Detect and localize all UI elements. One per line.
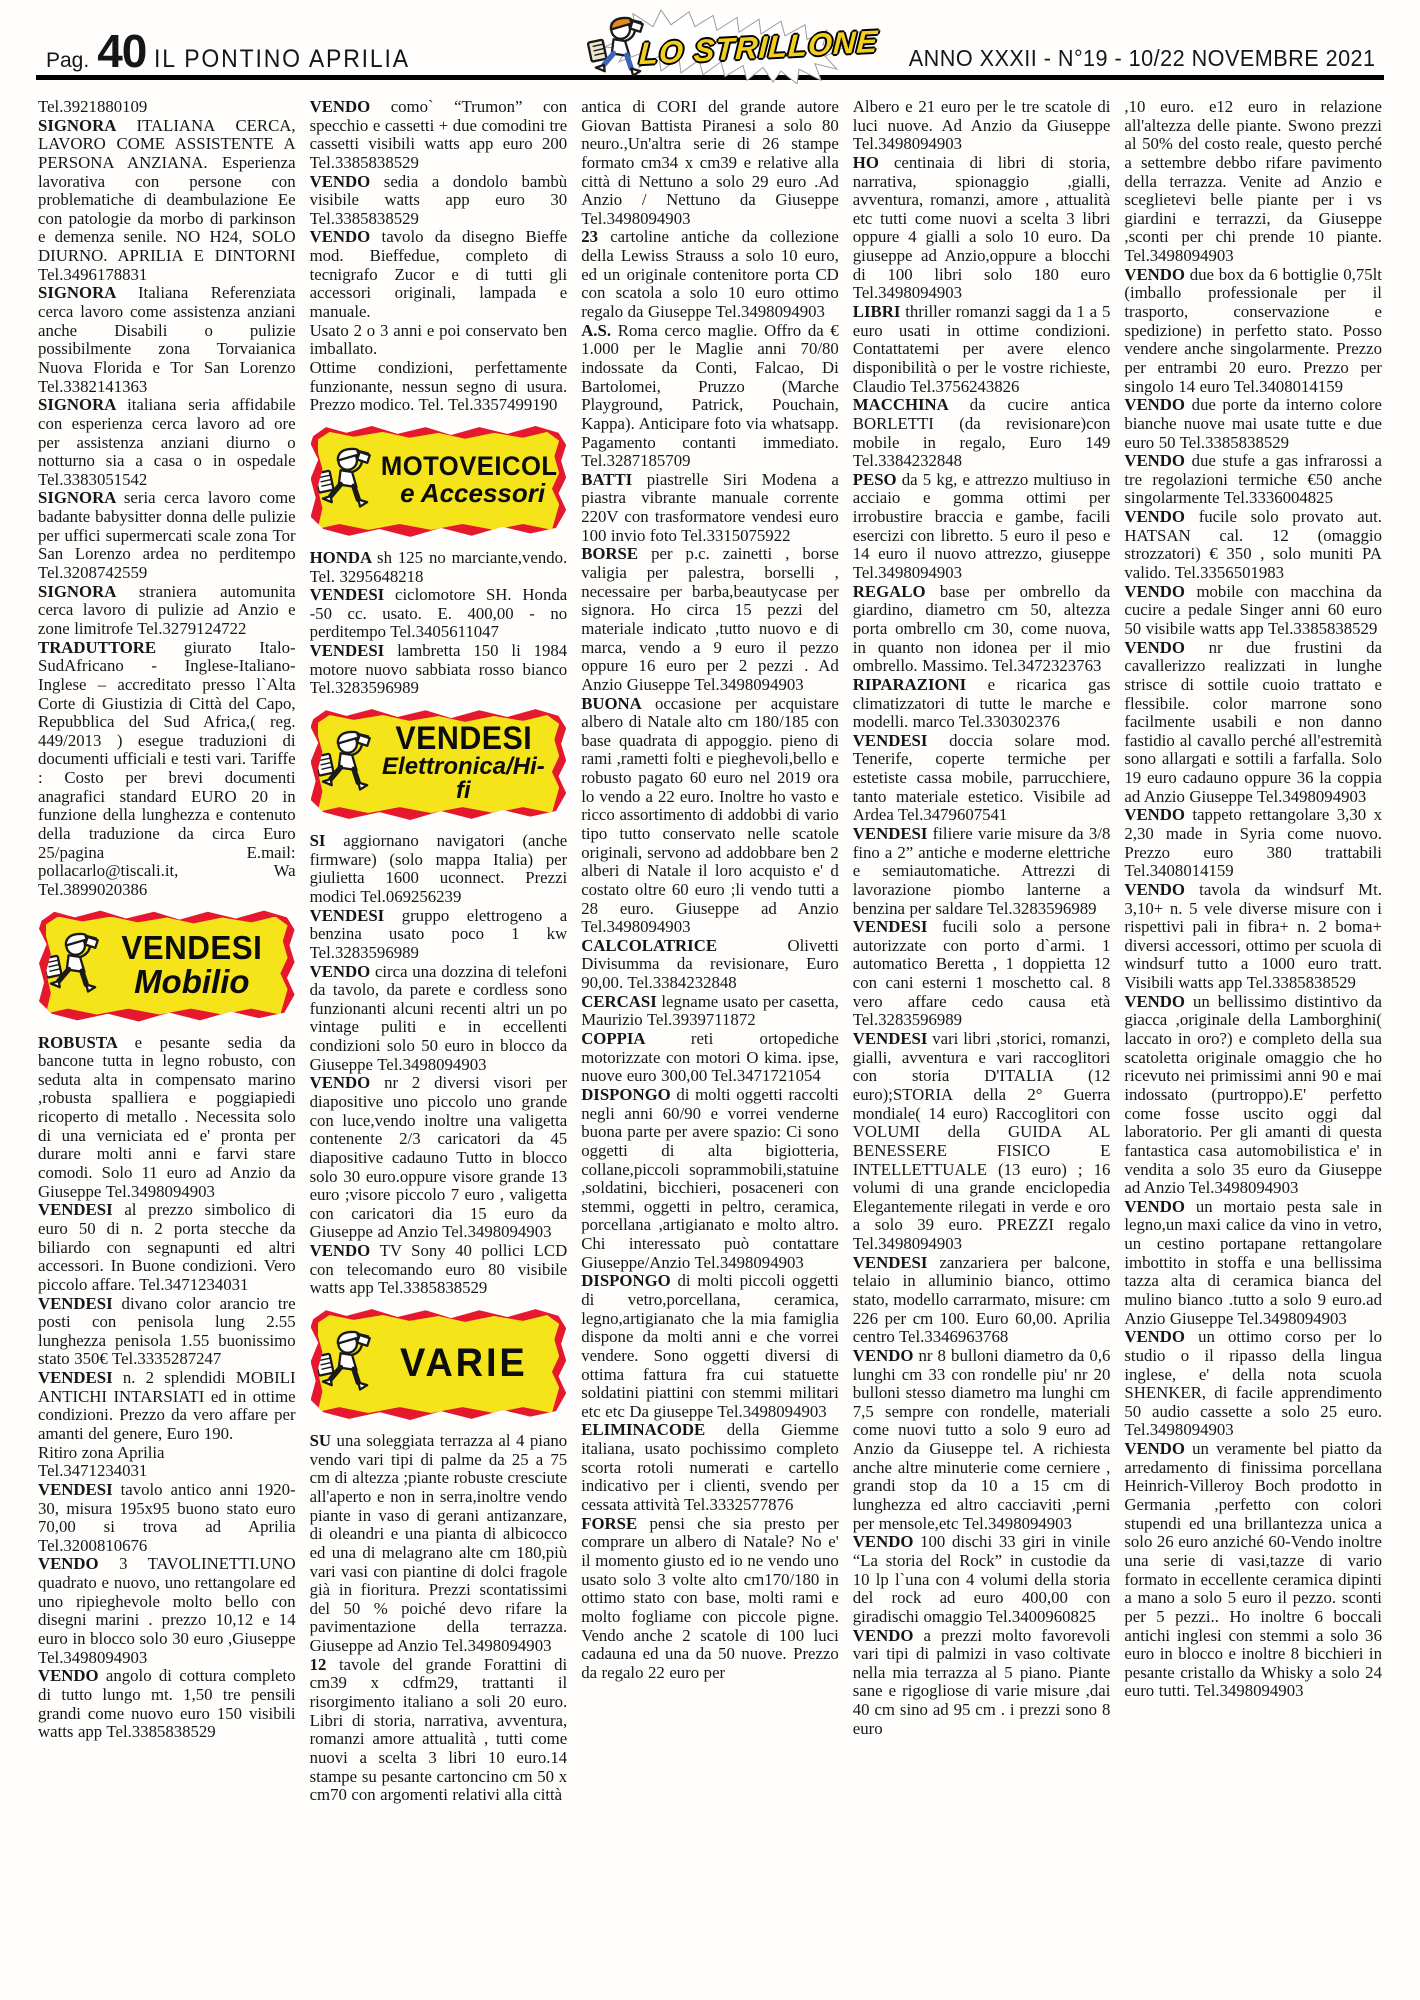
classified-ad: SIGNORA italiana seria affidabile con es… <box>38 396 296 489</box>
page-id-block: Pag. 40 IL PONTINO APRILIA <box>46 33 433 74</box>
ad-lead-word: 12 <box>310 1655 339 1674</box>
ad-lead-word: ELIMINACODE <box>581 1420 727 1439</box>
classified-ad: CALCOLATRICE Olivetti Divisumma da revis… <box>581 937 839 993</box>
classified-ad: Ottime condizioni, perfettamente funzion… <box>310 359 568 415</box>
ad-lead-word: VENDO <box>310 962 375 981</box>
ad-lead-word: VENDESI <box>310 585 395 604</box>
ad-lead-word: VENDO <box>1124 992 1193 1011</box>
classified-ad: VENDESI gruppo elettrogeno a benzina usa… <box>310 907 568 963</box>
classified-ad: REGALO base per ombrello da giardino, di… <box>853 583 1111 676</box>
ad-lead-word: VENDO <box>38 1666 106 1685</box>
classified-ad: MACCHINA da cucire antica BORLETTI (da r… <box>853 396 1111 471</box>
classified-ad: SIGNORA seria cerca lavoro come badante … <box>38 489 296 582</box>
classified-ad: SIGNORA ITALIANA CERCA, LAVORO COME ASSI… <box>38 117 296 285</box>
classified-ad: DISPONGO di molti piccoli oggetti di vet… <box>581 1272 839 1421</box>
ad-lead-word: VENDO <box>1124 1197 1195 1216</box>
classified-ad: VENDO due porte da interno colore bianch… <box>1124 396 1382 452</box>
ad-lead-word: DISPONGO <box>581 1085 676 1104</box>
ad-lead-word: SIGNORA <box>38 488 124 507</box>
classified-ad: VENDO nr 8 bulloni diametro da 0,6 lungh… <box>853 1347 1111 1533</box>
ad-lead-word: VENDO <box>1124 1327 1198 1346</box>
publication-title: IL PONTINO APRILIA <box>154 45 410 74</box>
classified-ad: SIGNORA straniera automunita cerca lavor… <box>38 583 296 639</box>
classified-ad: VENDESI zanzariera per balcone, telaio i… <box>853 1254 1111 1347</box>
classified-ad: VENDO tappeto rettangolare 3,30 x 2,30 m… <box>1124 806 1382 881</box>
ad-lead-word: VENDO <box>1124 638 1208 657</box>
banner-title: MOTOVEICOLI <box>380 453 564 481</box>
classified-ad: VENDESI doccia solare mod. Tenerife, cop… <box>853 732 1111 825</box>
classified-ad: VENDO due box da 6 bottiglie 0,75lt (imb… <box>1124 266 1382 396</box>
classified-ad: VENDO tavolo da disegno Bieffe mod. Bief… <box>310 228 568 321</box>
ad-lead-word: SIGNORA <box>38 395 127 414</box>
classified-ad: ,10 euro. e12 euro in relazione all'alte… <box>1124 98 1382 266</box>
ad-lead-word: VENDO <box>1124 880 1199 899</box>
classified-ad: VENDO nr due frustini da cavallerizzo re… <box>1124 639 1382 807</box>
classified-ad: VENDESI ciclomotore SH. Honda -50 cc. us… <box>310 586 568 642</box>
ad-lead-word: VENDESI <box>853 731 949 750</box>
classified-ad: CERCASI legname usato per casetta, Mauri… <box>581 993 839 1030</box>
ad-lead-word: VENDESI <box>310 641 398 660</box>
classified-ad: VENDO un bellissimo distintivo da giacca… <box>1124 993 1382 1198</box>
newsboy-mascot-icon <box>42 930 104 1000</box>
ad-lead-word: SIGNORA <box>38 116 136 135</box>
ad-lead-word: VENDESI <box>38 1200 124 1219</box>
classified-ad: VENDO 3 TAVOLINETTI.UNO quadrato e nuovo… <box>38 1555 296 1667</box>
classified-ad: VENDO un veramente bel piatto da arredam… <box>1124 1440 1382 1701</box>
newsboy-mascot-icon <box>314 445 376 515</box>
classified-ad: antica di CORI del grande autore Giovan … <box>581 98 839 228</box>
ad-lead-word: RIPARAZIONI <box>853 675 988 694</box>
ad-lead-word: VENDO <box>310 1073 384 1092</box>
section-banner-motoveicoli: MOTOVEICOLIe Accessori <box>311 425 567 537</box>
section-banner-varie: VARIE <box>311 1308 567 1420</box>
newspaper-page: Pag. 40 IL PONTINO APRILIA <box>0 0 1420 2000</box>
classified-ad: 12 tavole del grande Forattini di cm39 x… <box>310 1656 568 1805</box>
classified-ad: TRADUTTORE giurato Italo-SudAfricano - I… <box>38 639 296 900</box>
classified-ad: VENDESI vari libri ,storici, romanzi, gi… <box>853 1030 1111 1254</box>
ad-lead-word: VENDO <box>1124 805 1192 824</box>
classified-ad: BATTI piastrelle Siri Modena a piastra v… <box>581 471 839 546</box>
section-banner-elettronica: VENDESIElettronica/Hi-fi <box>311 708 567 820</box>
classified-ad: A.S. Roma cerco maglie. Offro da € 1.000… <box>581 322 839 471</box>
classified-ad: COPPIA reti ortopediche motorizzate con … <box>581 1030 839 1086</box>
classified-ad: FORSE pensi che sia presto per comprare … <box>581 1515 839 1683</box>
ad-lead-word: DISPONGO <box>581 1271 677 1290</box>
classified-ad: VENDO angolo di cottura completo di tutt… <box>38 1667 296 1742</box>
classified-ad: ELIMINACODE della Giemme italiana, usato… <box>581 1421 839 1514</box>
classified-ad: SIGNORA Italiana Referenziata cerca lavo… <box>38 284 296 396</box>
classified-ad: Usato 2 o 3 anni e poi conservato ben im… <box>310 322 568 359</box>
classified-ad: VENDO un mortaio pesta sale in legno,un … <box>1124 1198 1382 1328</box>
classified-ad: VENDO tavola da windsurf Mt. 3,10+ n. 5 … <box>1124 881 1382 993</box>
ad-lead-word: VENDESI <box>853 824 933 843</box>
ad-lead-word: A.S. <box>581 321 618 340</box>
ad-lead-word: BATTI <box>581 470 647 489</box>
ad-lead-word: PESO <box>853 470 902 489</box>
ad-lead-word: LIBRI <box>853 302 905 321</box>
ad-lead-word: VENDO <box>310 1241 380 1260</box>
page-header: Pag. 40 IL PONTINO APRILIA <box>0 0 1420 88</box>
ad-lead-word: VENDESI <box>853 1029 932 1048</box>
ad-lead-word: VENDESI <box>310 906 402 925</box>
classified-ad: VENDESI lambretta 150 li 1984 motore nuo… <box>310 642 568 698</box>
classifieds-columns: Tel.3921880109SIGNORA ITALIANA CERCA, LA… <box>0 88 1420 1990</box>
classified-ad: VENDO sedia a dondolo bambù visibile wat… <box>310 173 568 229</box>
ad-lead-word: VENDO <box>853 1532 920 1551</box>
ad-lead-word: VENDO <box>1124 395 1191 414</box>
classified-ad: VENDO fucile solo provato aut. HATSAN ca… <box>1124 508 1382 583</box>
ad-lead-word: VENDO <box>1124 1439 1192 1458</box>
classified-ad: VENDESI filiere varie misure da 3/8 fino… <box>853 825 1111 918</box>
classified-ad: 23 cartoline antiche da collezione della… <box>581 228 839 321</box>
ad-lead-word: VENDO <box>853 1346 919 1365</box>
classified-ad: VENDO nr 2 diversi visori per diapositiv… <box>310 1074 568 1242</box>
ad-lead-word: SU <box>310 1431 337 1450</box>
classified-ad: VENDO due stufe a gas infrarossi a tre r… <box>1124 452 1382 508</box>
ad-lead-word: VENDO <box>1124 265 1189 284</box>
ad-lead-word: BUONA <box>581 694 655 713</box>
ad-lead-word: VENDO <box>310 172 384 191</box>
ad-lead-word: FORSE <box>581 1514 649 1533</box>
classified-ad: VENDO mobile con macchina da cucire a pe… <box>1124 583 1382 639</box>
classified-ad: Albero e 21 euro per le tre scatole di l… <box>853 98 1111 154</box>
ad-lead-word: VENDESI <box>38 1480 121 1499</box>
ad-lead-word: VENDESI <box>853 917 943 936</box>
newsboy-mascot-icon <box>314 1328 376 1398</box>
banner-title: VARIE <box>380 1343 547 1384</box>
section-banner-mobilio: VENDESIMobilio <box>39 910 295 1022</box>
ad-lead-word: REGALO <box>853 582 940 601</box>
classified-ad: VENDO TV Sony 40 pollici LCD con telecom… <box>310 1242 568 1298</box>
banner-subtitle: Elettronica/Hi-fi <box>376 755 552 804</box>
ad-lead-word: VENDO <box>1124 582 1196 601</box>
newsboy-mascot-icon <box>314 728 376 798</box>
ad-lead-word: VENDO <box>1124 507 1198 526</box>
column-4: Albero e 21 euro per le tre scatole di l… <box>853 98 1111 1990</box>
ad-lead-word: COPPIA <box>581 1029 691 1048</box>
ad-lead-word: HONDA <box>310 548 377 567</box>
classified-ad: VENDO un ottimo corso per lo studio o il… <box>1124 1328 1382 1440</box>
ad-lead-word: VENDESI <box>38 1368 123 1387</box>
classified-ad: VENDO circa una dozzina di telefoni da t… <box>310 963 568 1075</box>
page-number: 40 <box>97 33 146 70</box>
classified-ad: SI aggiornano navigatori (anche firmware… <box>310 832 568 907</box>
ad-lead-word: HO <box>853 153 894 172</box>
classified-ad: VENDESI fucili solo a persone autorizzat… <box>853 918 1111 1030</box>
ad-lead-word: VENDO <box>1124 451 1191 470</box>
classified-ad: DISPONGO di molti oggetti raccolti negli… <box>581 1086 839 1272</box>
ad-lead-word: 23 <box>581 227 610 246</box>
ad-lead-word: CALCOLATRICE <box>581 936 787 955</box>
ad-lead-word: ROBUSTA <box>38 1033 135 1052</box>
column-1: Tel.3921880109SIGNORA ITALIANA CERCA, LA… <box>38 98 296 1990</box>
column-3: antica di CORI del grande autore Giovan … <box>581 98 839 1990</box>
classified-ad: LIBRI thriller romanzi saggi da 1 a 5 eu… <box>853 303 1111 396</box>
banner-subtitle: e Accessori <box>376 480 568 507</box>
classified-ad: VENDESI n. 2 splendidi MOBILI ANTICHI IN… <box>38 1369 296 1481</box>
ad-lead-word: VENDO <box>38 1554 119 1573</box>
ad-lead-word: VENDO <box>853 1626 924 1645</box>
ad-lead-word: CERCASI <box>581 992 661 1011</box>
classified-ad: Tel.3921880109 <box>38 98 296 117</box>
classified-ad: ROBUSTA e pesante sedia da bancone tutta… <box>38 1034 296 1202</box>
banner-title: VENDESI <box>380 722 547 755</box>
ad-lead-word: SI <box>310 831 344 850</box>
ad-lead-word: BORSE <box>581 544 651 563</box>
classified-ad: VENDO 100 dischi 33 giri in vinile “La s… <box>853 1533 1111 1626</box>
classified-ad: HO centinaia di libri di storia, narrati… <box>853 154 1111 303</box>
page-label: Pag. <box>46 49 89 73</box>
ad-lead-word: SIGNORA <box>38 283 138 302</box>
ad-lead-word: SIGNORA <box>38 582 139 601</box>
column-5: ,10 euro. e12 euro in relazione all'alte… <box>1124 98 1382 1990</box>
classified-ad: VENDO a prezzi molto favorevoli vari tip… <box>853 1627 1111 1739</box>
issue-info: ANNO XXXII - N°19 - 10/22 NOVEMBRE 2021 <box>909 45 1376 72</box>
ad-lead-word: VENDO <box>310 227 382 246</box>
classified-ad: VENDESI al prezzo simbolico di euro 50 d… <box>38 1201 296 1294</box>
ad-lead-word: TRADUTTORE <box>38 638 184 657</box>
classified-ad: VENDESI tavolo antico anni 1920-30, misu… <box>38 1481 296 1556</box>
classified-ad: HONDA sh 125 no marciante,vendo. Tel. 32… <box>310 549 568 586</box>
classified-ad: RIPARAZIONI e ricarica gas climatizzator… <box>853 676 1111 732</box>
ad-lead-word: VENDESI <box>38 1294 122 1313</box>
classified-ad: VENDO como` “Trumon” con specchio e cass… <box>310 98 568 173</box>
classified-ad: PESO da 5 kg, e attrezzo multiuso in acc… <box>853 471 1111 583</box>
banner-title: VENDESI <box>108 931 275 965</box>
ad-lead-word: MACCHINA <box>853 395 970 414</box>
column-2: VENDO como` “Trumon” con specchio e cass… <box>310 98 568 1990</box>
ad-lead-word: VENDO <box>310 98 391 116</box>
classified-ad: VENDESI divano color arancio tre posti c… <box>38 1295 296 1370</box>
classified-ad: BORSE per p.c. zainetti , borse valigia … <box>581 545 839 694</box>
classified-ad: BUONA occasione per acquistare albero di… <box>581 695 839 937</box>
classified-ad: SU una soleggiata terrazza al 4 piano ve… <box>310 1432 568 1656</box>
banner-subtitle: Mobilio <box>104 965 280 999</box>
ad-lead-word: VENDESI <box>853 1253 940 1272</box>
masthead-logo: LO STRILLONE <box>575 4 845 96</box>
